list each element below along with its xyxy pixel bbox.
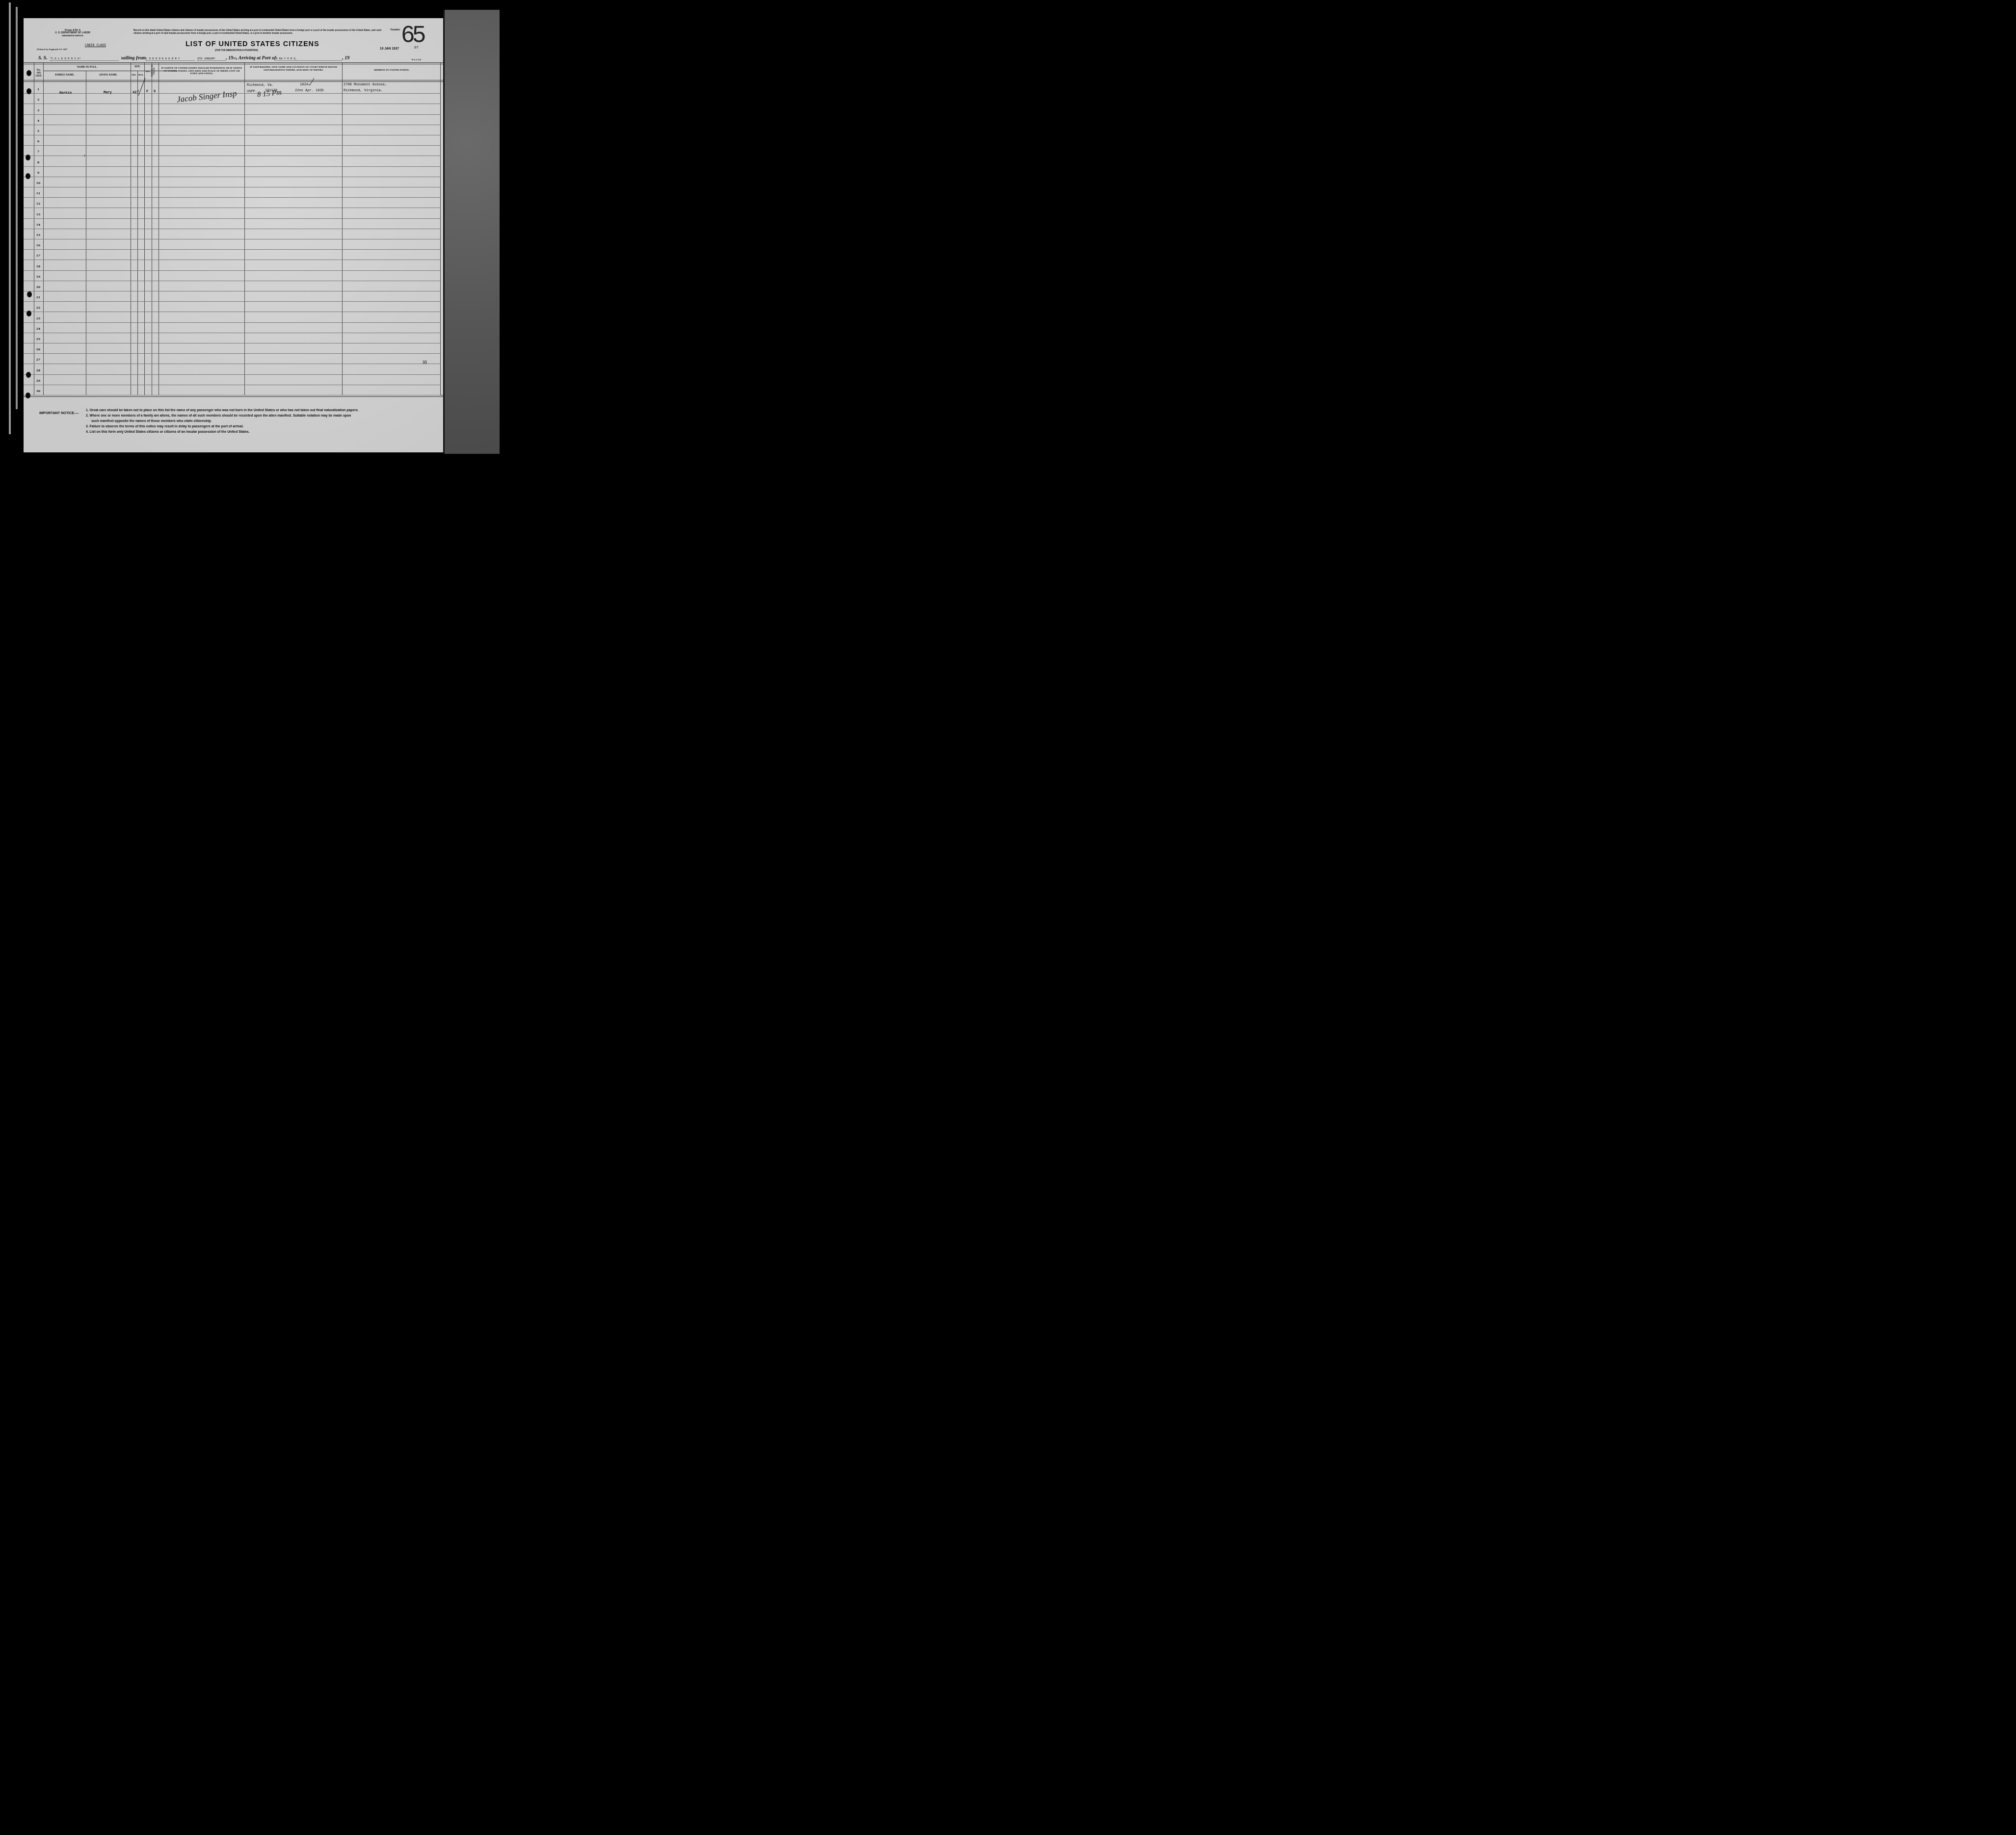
row-rule	[24, 385, 440, 385]
punch-hole	[27, 291, 32, 297]
col-divider	[137, 71, 138, 395]
row-rule	[24, 166, 440, 167]
manifest-sheet: Form 630 A U. S. DEPARTMENT OF LABOR IMM…	[24, 18, 443, 452]
naturalization-date: 22ns Apr. 1935	[295, 89, 324, 93]
row-number: 14	[32, 223, 45, 227]
sailing-label: sailing from	[121, 55, 146, 61]
page-mark: 35	[423, 360, 427, 365]
row-number: 2	[32, 98, 45, 102]
header-address: ADDRESS IN UNITED STATES.	[345, 69, 438, 72]
given-name-cell: Mary	[104, 91, 112, 95]
row-number: 5	[32, 130, 45, 133]
family-name-cell: Harkin	[59, 91, 72, 95]
row-number: 25	[32, 338, 45, 341]
row-number: 3	[32, 109, 45, 112]
punch-hole	[26, 372, 31, 378]
list-number-sub: 97	[414, 45, 419, 50]
header-married-or-single: MARRIED OR SINGLE.	[151, 62, 156, 79]
voyage-line: S. S. "C A L E D O N I A" sailing fromL …	[38, 52, 441, 60]
binder-cover	[445, 10, 500, 454]
row-rule	[24, 374, 440, 375]
address-line-1: 2708 Monument Avenue,	[344, 83, 387, 87]
header-yrs: YRS.	[131, 74, 137, 77]
binder-strip	[9, 2, 11, 434]
ship-name: "C A L E D O N I A"	[50, 57, 119, 61]
checkmark-icon	[136, 77, 146, 97]
header-native-birth: IF NATIVE OF UNITED STATES INSULAR POSSE…	[161, 67, 242, 75]
header-age: AGE.	[131, 66, 144, 69]
cabin-class: CABIN CLASS	[85, 44, 106, 47]
row-rule	[24, 260, 440, 260]
header-family-name: FAMILY NAME.	[44, 74, 86, 77]
row-number: 23	[32, 317, 45, 320]
printer-mark: W. & S. Ltd.	[412, 59, 422, 61]
row-number: 24	[32, 327, 45, 331]
record-instructions: Record on this blank United States citiz…	[133, 29, 384, 35]
row-rule	[24, 281, 440, 281]
row-number: 15	[32, 234, 45, 237]
row-rule	[24, 301, 440, 302]
row-rule	[24, 187, 440, 187]
header-naturalized: IF NATURALIZED, GIVE NAME AND LOCATION O…	[247, 66, 340, 71]
row-number: 19	[32, 275, 45, 279]
row-rule	[24, 353, 440, 354]
col-divider	[86, 71, 86, 395]
arriving-label: , Arriving at Port of	[236, 55, 276, 61]
punch-hole	[27, 70, 31, 76]
row-number: 16	[32, 244, 45, 247]
margin-mark: 4	[83, 154, 85, 157]
row-number: 28	[32, 369, 45, 372]
row-rule	[24, 104, 440, 104]
punch-hole	[26, 393, 30, 398]
row-rule	[24, 249, 440, 250]
row-number: 11	[32, 192, 45, 195]
sailing-date: 9TH JANUARY	[197, 57, 226, 61]
row-rule	[24, 156, 440, 156]
inspector-signature: Jacob Singer Insp	[176, 89, 237, 105]
year-prefix: , 19	[226, 55, 233, 61]
row-number: 10	[32, 182, 45, 185]
col-divider	[440, 63, 441, 395]
punch-hole	[27, 88, 31, 94]
list-number: 65	[401, 21, 424, 48]
printed-note: (Printed in England) 14—607	[37, 48, 67, 51]
checkmark-icon	[308, 77, 315, 87]
header-name-in-full: NAME IN FULL.	[44, 66, 131, 69]
header-no-on-list: No. ON LIST.	[34, 69, 43, 79]
row-number: 13	[32, 213, 45, 216]
row-rule	[24, 343, 440, 343]
row-rule	[24, 291, 440, 291]
row-rule	[24, 239, 440, 239]
date-stamp: 19 JAN 1937	[380, 47, 399, 51]
row-rule	[24, 177, 440, 177]
row-number: 18	[32, 265, 45, 268]
table-top-rule	[24, 62, 443, 64]
row-number: 1	[32, 88, 45, 91]
row-number: 22	[32, 306, 45, 310]
notice-item-2: 2. Where one or more members of a family…	[86, 414, 351, 419]
row-rule	[24, 145, 440, 146]
punch-hole	[26, 173, 30, 179]
row-number: 21	[32, 296, 45, 299]
address-line-2: Richmond, Virginia.	[344, 89, 383, 93]
page-title: LIST OF UNITED STATES CITIZENS	[186, 40, 319, 48]
row-number: 4	[32, 119, 45, 123]
row-rule	[24, 229, 440, 229]
row-number: 27	[32, 358, 45, 362]
row-rule	[24, 322, 440, 323]
sex-cell: F	[146, 90, 148, 94]
marital-status-cell: S	[154, 90, 156, 94]
row-rule	[24, 364, 440, 364]
notice-item-4: 4. List on this form only United States …	[86, 430, 249, 435]
row-number: 30	[32, 390, 45, 393]
number-label: Number	[390, 28, 400, 31]
naturalization-year: 1924	[300, 83, 308, 87]
ship-prefix: S. S.	[38, 55, 48, 61]
row-rule	[24, 333, 440, 333]
row-rule	[24, 312, 440, 312]
row-rule	[24, 114, 440, 115]
row-number: 29	[32, 379, 45, 383]
notice-heading: IMPORTANT NOTICE.—	[39, 411, 79, 416]
row-number: 20	[32, 286, 45, 289]
row-number: 17	[32, 254, 45, 258]
row-rule	[24, 395, 440, 395]
notice-item-2-cont: such manifest opposite the names of thos…	[91, 419, 212, 424]
arrival-port: N EW Y O R K,	[276, 57, 342, 61]
row-rule	[24, 218, 440, 219]
sailing-port: L O N D O N D E R R Y	[146, 57, 195, 61]
row-number: 9	[32, 171, 45, 175]
naturalization-papers-label: USPP.	[247, 90, 257, 94]
naturalization-court: Richmond, Va.	[247, 83, 274, 87]
header-mos: MOS.	[137, 74, 144, 77]
punch-hole	[26, 155, 30, 160]
table-header-rule	[24, 80, 443, 82]
row-rule	[24, 270, 440, 271]
service: IMMIGRATION SERVICE	[43, 35, 102, 37]
arrival-year-prefix: , 19	[342, 55, 349, 61]
row-rule	[24, 208, 440, 208]
name-subheader-rule	[44, 71, 177, 71]
row-number: 7	[32, 150, 45, 154]
row-number: 26	[32, 348, 45, 351]
notice-item-3: 3. Failure to observe the terms of this …	[86, 424, 243, 429]
page-subtitle: (FOR THE IMMIGRATION AUTHORITIES)	[215, 49, 258, 52]
row-rule	[24, 125, 440, 125]
row-rule	[24, 197, 440, 198]
row-rule	[24, 135, 440, 135]
inspection-time: 8 15 Pm	[257, 88, 282, 99]
row-number: 8	[32, 161, 45, 164]
row-number: 12	[32, 202, 45, 206]
punch-hole	[27, 311, 31, 316]
notice-item-1: 1. Great care should be taken not to pla…	[86, 408, 359, 413]
form-id-block: Form 630 A U. S. DEPARTMENT OF LABOR IMM…	[43, 29, 102, 37]
header-given-name: GIVEN NAME.	[86, 74, 131, 77]
binder-strip	[16, 7, 18, 409]
row-number: 6	[32, 140, 45, 143]
